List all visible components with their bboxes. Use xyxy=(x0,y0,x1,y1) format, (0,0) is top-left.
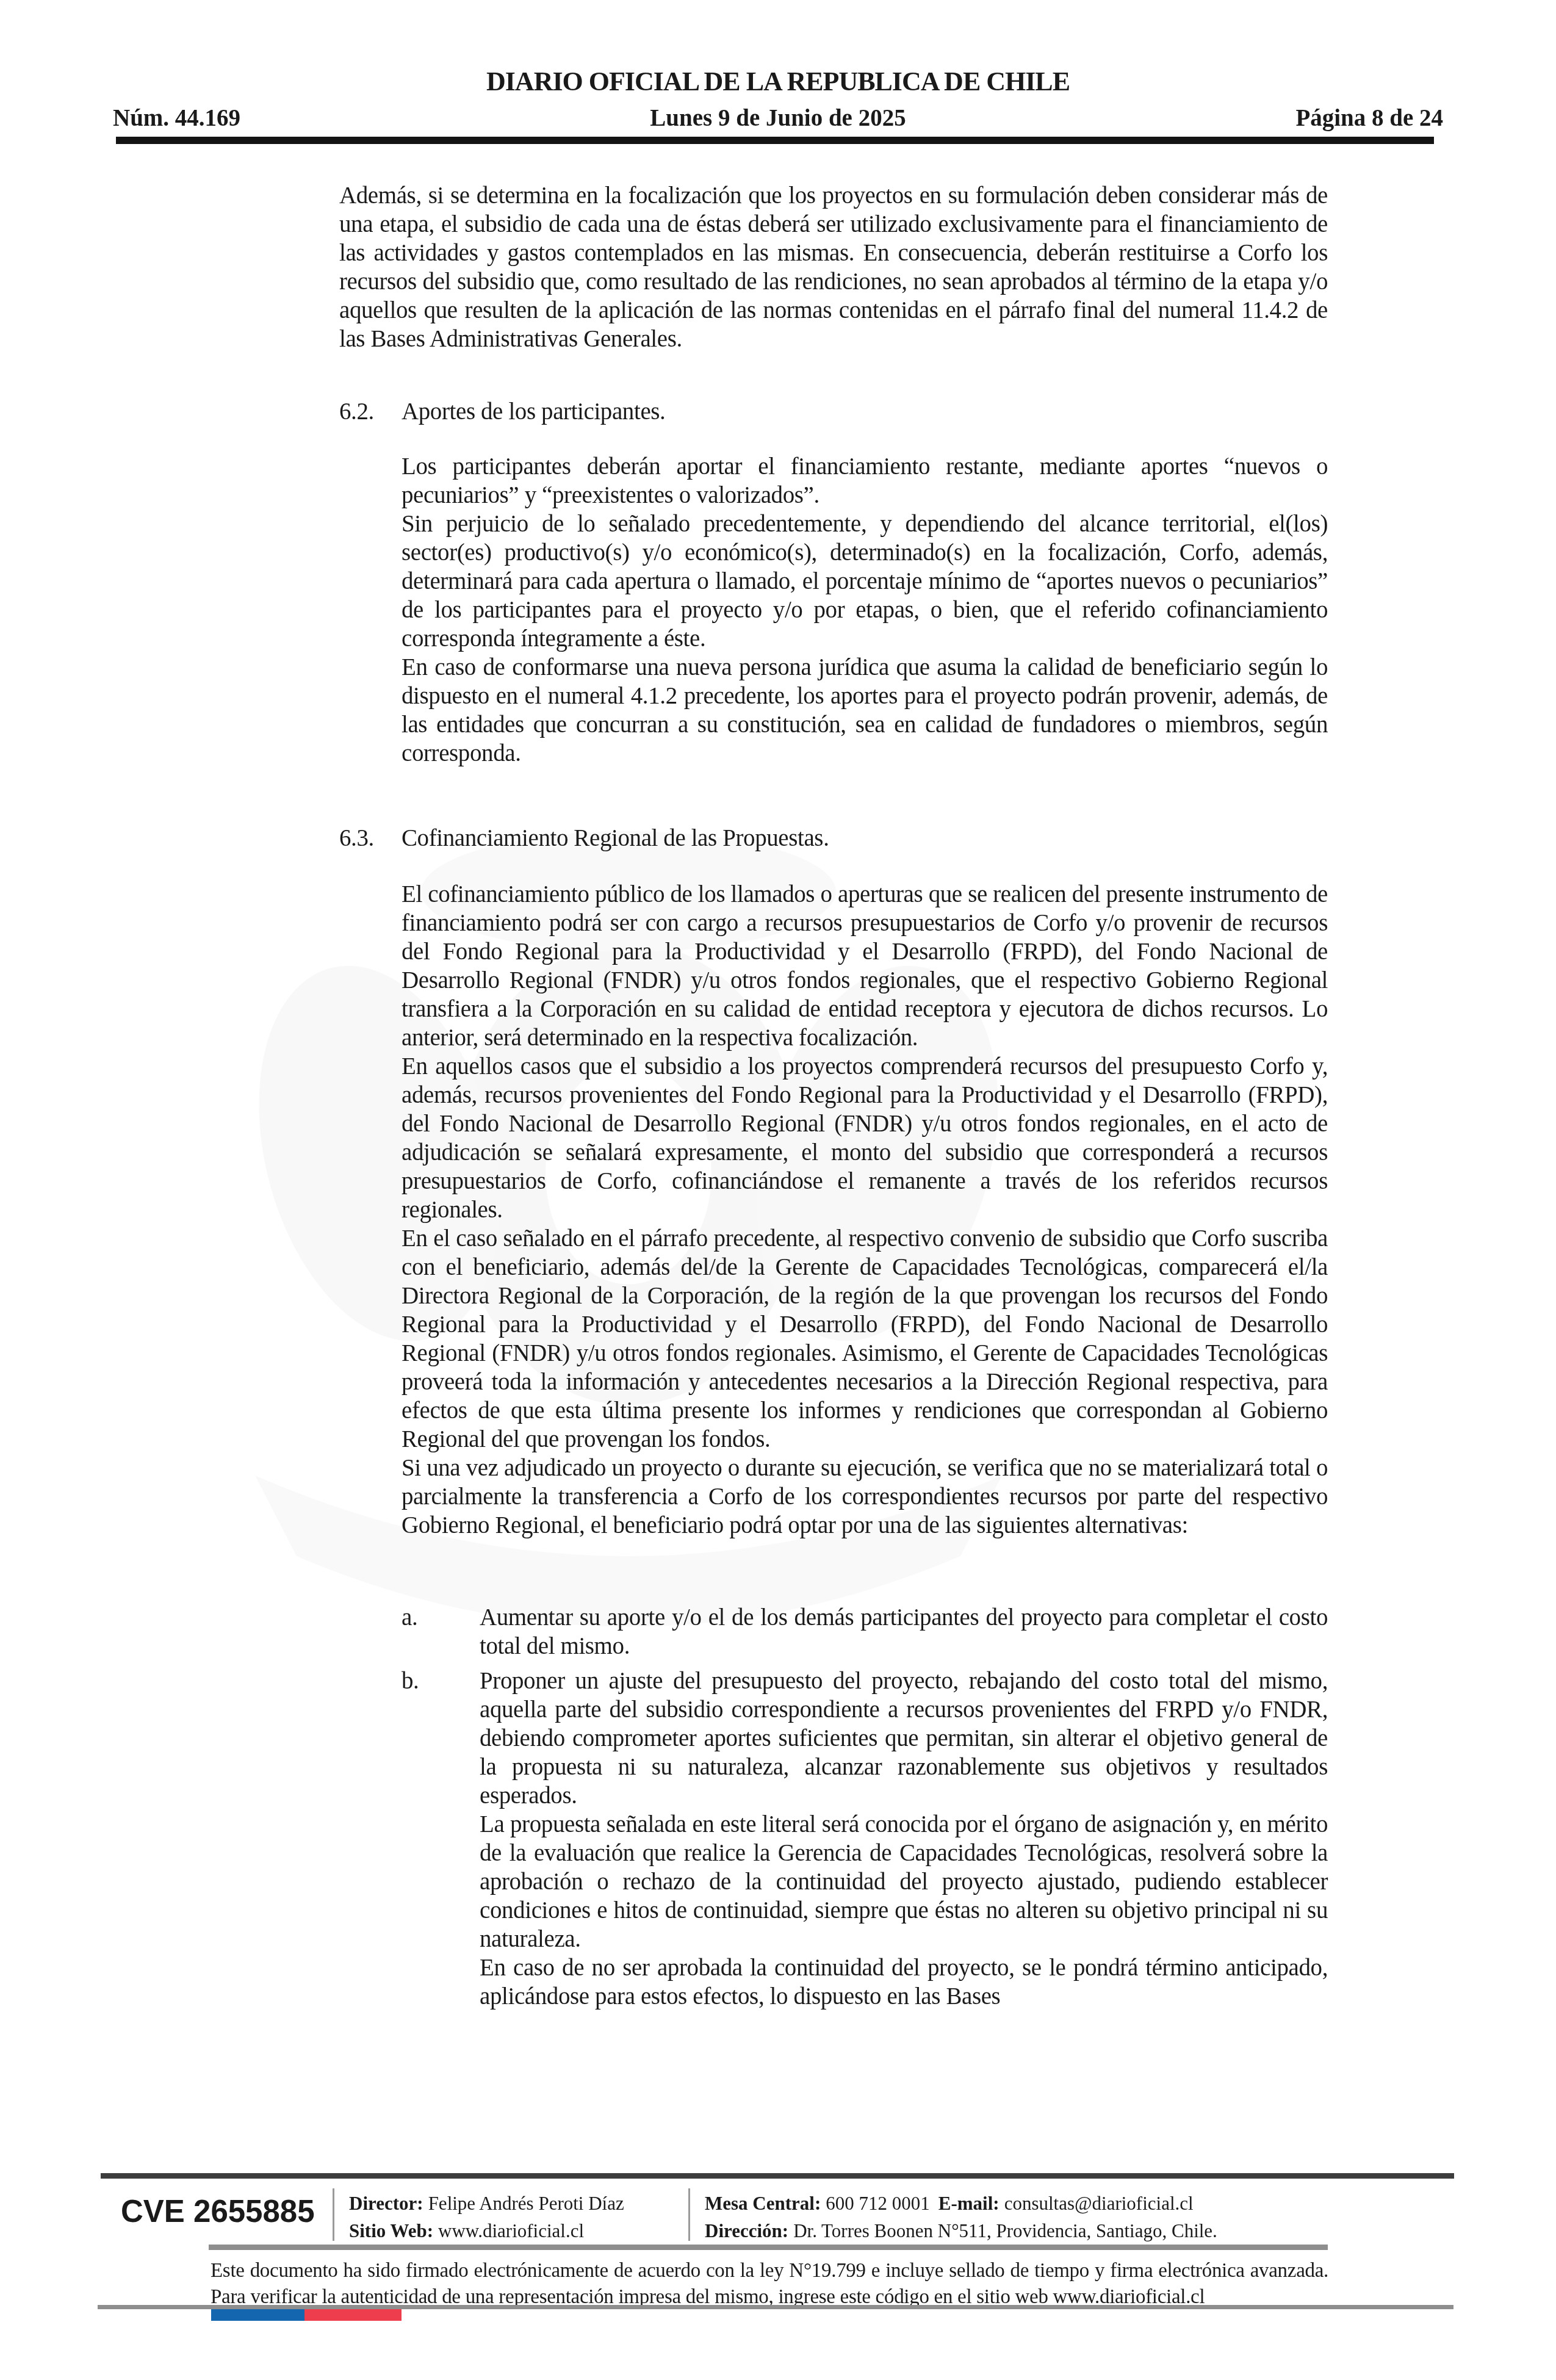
section-6-2-body: Los participantes deberán aportar el fin… xyxy=(402,452,1328,768)
director-line: Director:Felipe Andrés Peroti Díaz xyxy=(349,2190,624,2217)
item-paragraph: En caso de no ser aprobada la continuida… xyxy=(480,1953,1328,2011)
website-value: www.diarioficial.cl xyxy=(438,2220,584,2241)
section-paragraph: Los participantes deberán aportar el fin… xyxy=(402,452,1328,510)
item-body: Proponer un ajuste del presupuesto del p… xyxy=(480,1667,1328,2011)
item-paragraph: Aumentar su aporte y/o el de los demás p… xyxy=(480,1603,1328,1661)
address-line: Dirección:Dr. Torres Boonen N°511, Provi… xyxy=(705,2217,1217,2245)
section-6-3-body: El cofinanciamiento público de los llama… xyxy=(402,880,1328,1540)
section-paragraph: En aquellos casos que el subsidio a los … xyxy=(402,1052,1328,1224)
page-indicator: Página 8 de 24 xyxy=(1295,106,1443,130)
section-number: 6.3. xyxy=(339,824,402,853)
alternative-item-a: a. Aumentar su aporte y/o el de los demá… xyxy=(402,1603,1328,1661)
website-label: Sitio Web: xyxy=(349,2220,433,2241)
director-label: Director: xyxy=(349,2193,423,2214)
section-paragraph: En caso de conformarse una nueva persona… xyxy=(402,653,1328,768)
email-label: E-mail: xyxy=(938,2193,1000,2214)
legal-notice: Este documento ha sido firmado electróni… xyxy=(211,2258,1328,2310)
section-6-2-heading: 6.2. Aportes de los participantes. xyxy=(339,397,1328,426)
section-title: Cofinanciamiento Regional de las Propues… xyxy=(402,824,829,853)
header-rule xyxy=(116,137,1434,144)
item-letter: a. xyxy=(402,1603,480,1661)
phone-email-line: Mesa Central:600 712 0001E-mail:consulta… xyxy=(705,2190,1217,2217)
document-page: DIARIO OFICIAL DE LA REPUBLICA DE CHILE … xyxy=(0,0,1556,2380)
address-label: Dirección: xyxy=(705,2220,788,2241)
footer-contact-block: Mesa Central:600 712 0001E-mail:consulta… xyxy=(705,2190,1217,2245)
section-6-3-heading: 6.3. Cofinanciamiento Regional de las Pr… xyxy=(339,824,1328,853)
phone-value: 600 712 0001 xyxy=(826,2193,930,2214)
document-body: Además, si se determina en la focalizaci… xyxy=(339,181,1328,2011)
website-line: Sitio Web:www.diarioficial.cl xyxy=(349,2217,624,2245)
section-paragraph: Si una vez adjudicado un proyecto o dura… xyxy=(402,1454,1328,1540)
section-paragraph: En el caso señalado en el párrafo preced… xyxy=(402,1224,1328,1454)
phone-label: Mesa Central: xyxy=(705,2193,821,2214)
footer-rule-middle xyxy=(209,2245,1328,2250)
footer-director-block: Director:Felipe Andrés Peroti Díaz Sitio… xyxy=(349,2190,624,2245)
email-value: consultas@diarioficial.cl xyxy=(1004,2193,1194,2214)
footer-rule-bottom xyxy=(98,2305,1453,2309)
section-title: Aportes de los participantes. xyxy=(402,397,665,426)
footer-rule-top xyxy=(101,2173,1454,2179)
director-value: Felipe Andrés Peroti Díaz xyxy=(428,2193,624,2214)
section-paragraph: Sin perjuicio de lo señalado precedentem… xyxy=(402,510,1328,653)
footer-divider xyxy=(333,2188,334,2241)
address-value: Dr. Torres Boonen N°511, Providencia, Sa… xyxy=(793,2220,1217,2241)
section-number: 6.2. xyxy=(339,397,402,426)
section-paragraph: El cofinanciamiento público de los llama… xyxy=(402,880,1328,1052)
alternatives-list: a. Aumentar su aporte y/o el de los demá… xyxy=(339,1603,1328,2011)
footer-divider xyxy=(688,2188,690,2241)
flag-red-bar xyxy=(304,2309,402,2321)
item-letter: b. xyxy=(402,1667,480,2011)
flag-blue-bar xyxy=(211,2309,304,2321)
item-body: Aumentar su aporte y/o el de los demás p… xyxy=(480,1603,1328,1661)
newspaper-title: DIARIO OFICIAL DE LA REPUBLICA DE CHILE xyxy=(0,68,1556,95)
intro-paragraph: Además, si se determina en la focalizaci… xyxy=(339,181,1328,353)
cve-code: CVE 2655885 xyxy=(121,2196,315,2227)
item-paragraph: Proponer un ajuste del presupuesto del p… xyxy=(480,1667,1328,1810)
alternative-item-b: b. Proponer un ajuste del presupuesto de… xyxy=(402,1667,1328,2011)
item-paragraph: La propuesta señalada en este literal se… xyxy=(480,1810,1328,1953)
